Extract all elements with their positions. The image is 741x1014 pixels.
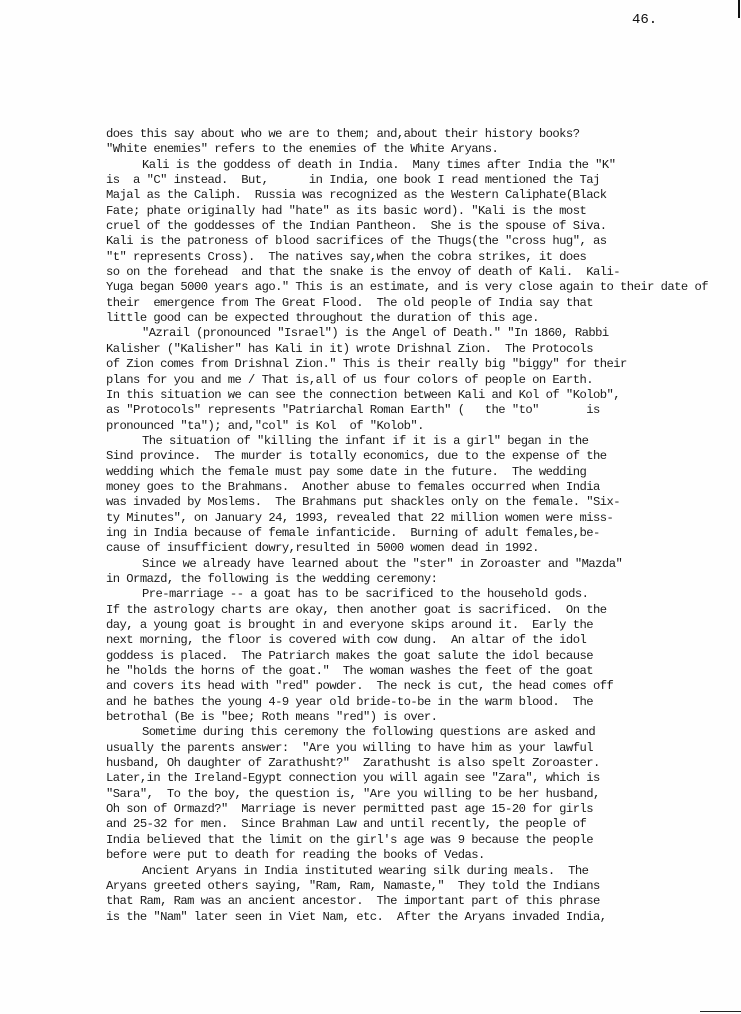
text-line: betrothal (Be is "bee; Roth means "red")… xyxy=(106,710,741,725)
text-line: and he bathes the young 4-9 year old bri… xyxy=(106,695,741,710)
text-line: The situation of "killing the infant if … xyxy=(106,434,741,449)
text-line: was invaded by Moslems. The Brahmans put… xyxy=(106,495,741,510)
text-line: little good can be expected throughout t… xyxy=(106,311,741,326)
text-line: "Sara", To the boy, the question is, "Ar… xyxy=(106,787,741,802)
text-line: Fate; phate originally had "hate" as its… xyxy=(106,204,741,219)
text-line: "Azrail (pronounced "Israel") is the Ang… xyxy=(106,326,741,341)
scan-edge-mark xyxy=(700,1011,741,1012)
text-line: cruel of the goddesses of the Indian Pan… xyxy=(106,219,741,234)
text-line: cause of insufficient dowry,resulted in … xyxy=(106,541,741,556)
text-line: wedding which the female must pay some d… xyxy=(106,465,741,480)
text-line: Aryans greeted others saying, "Ram, Ram,… xyxy=(106,879,741,894)
text-line: husband, Oh daughter of Zarathusht?" Zar… xyxy=(106,756,741,771)
text-line: is the "Nam" later seen in Viet Nam, etc… xyxy=(106,910,741,925)
text-line: before were put to death for reading the… xyxy=(106,848,741,863)
text-line: Sometime during this ceremony the follow… xyxy=(106,725,741,740)
text-line: Yuga began 5000 years ago." This is an e… xyxy=(106,280,741,295)
text-line: Since we already have learned about the … xyxy=(106,557,741,572)
document-page: 46. does this say about who we are to th… xyxy=(0,0,741,1014)
text-line: their emergence from The Great Flood. Th… xyxy=(106,296,741,311)
text-line: and covers its head with "red" powder. T… xyxy=(106,679,741,694)
text-line: ing in India because of female infantici… xyxy=(106,526,741,541)
text-line: pronounced "ta"); and,"col" is Kol of "K… xyxy=(106,419,741,434)
scan-edge-mark xyxy=(738,0,740,18)
text-line: India believed that the limit on the gir… xyxy=(106,833,741,848)
text-line: of Zion comes from Drishnal Zion." This … xyxy=(106,357,741,372)
text-line: goddess is placed. The Patriarch makes t… xyxy=(106,649,741,664)
text-line: next morning, the floor is covered with … xyxy=(106,633,741,648)
text-line: and 25-32 for men. Since Brahman Law and… xyxy=(106,817,741,832)
text-line: plans for you and me / That is,all of us… xyxy=(106,373,741,388)
text-line: so on the forehead and that the snake is… xyxy=(106,265,741,280)
text-line: If the astrology charts are okay, then a… xyxy=(106,603,741,618)
text-line: Majal as the Caliph. Russia was recogniz… xyxy=(106,188,741,203)
text-line: Later,in the Ireland-Egypt connection yo… xyxy=(106,771,741,786)
text-line: day, a young goat is brought in and ever… xyxy=(106,618,741,633)
text-line: Pre-marriage -- a goat has to be sacrifi… xyxy=(106,587,741,602)
text-line: Kali is the patroness of blood sacrifice… xyxy=(106,234,741,249)
text-line: Kali is the goddess of death in India. M… xyxy=(106,158,741,173)
text-line: money goes to the Brahmans. Another abus… xyxy=(106,480,741,495)
text-line: as "Protocols" represents "Patriarchal R… xyxy=(106,403,741,418)
text-line: usually the parents answer: "Are you wil… xyxy=(106,741,741,756)
text-line: is a "C" instead. But, in India, one boo… xyxy=(106,173,741,188)
text-line: Sind province. The murder is totally eco… xyxy=(106,449,741,464)
text-line: Ancient Aryans in India instituted weari… xyxy=(106,864,741,879)
text-line: Oh son of Ormazd?" Marriage is never per… xyxy=(106,802,741,817)
page-number: 46. xyxy=(632,12,657,28)
text-line: Kalisher ("Kalisher" has Kali in it) wro… xyxy=(106,342,741,357)
text-line: ty Minutes", on January 24, 1993, reveal… xyxy=(106,511,741,526)
body-text: does this say about who we are to them; … xyxy=(106,127,741,925)
text-line: In this situation we can see the connect… xyxy=(106,388,741,403)
text-line: that Ram, Ram was an ancient ancestor. T… xyxy=(106,894,741,909)
text-line: "White enemies" refers to the enemies of… xyxy=(106,142,741,157)
text-line: "t" represents Cross). The natives say,w… xyxy=(106,250,741,265)
text-line: does this say about who we are to them; … xyxy=(106,127,741,142)
text-line: he "holds the horns of the goat." The wo… xyxy=(106,664,741,679)
text-line: in Ormazd, the following is the wedding … xyxy=(106,572,741,587)
